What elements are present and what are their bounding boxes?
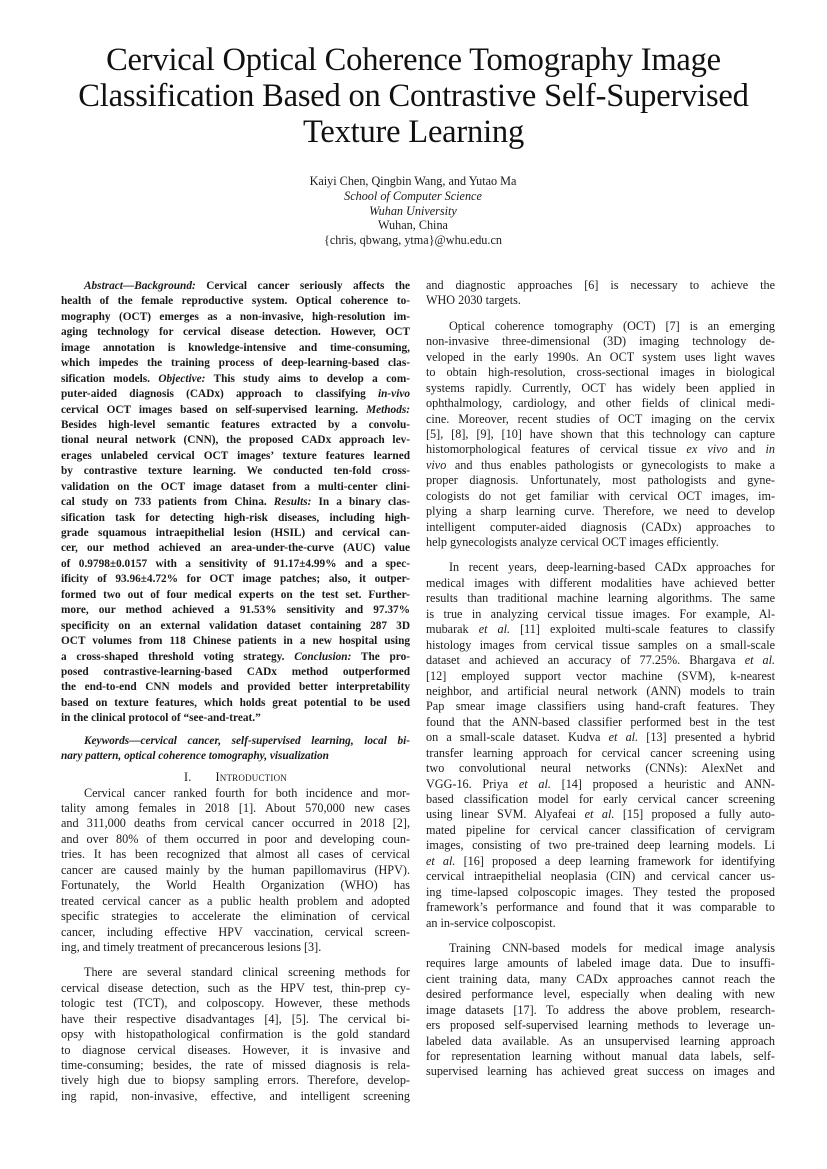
text-line: tively high due to biopsy sampling error… xyxy=(61,1073,410,1088)
abstract: Abstract—Background: Cervical cancer ser… xyxy=(61,279,410,727)
text-run: The pro- xyxy=(351,651,410,663)
text-run: cient training data, many CADx approache… xyxy=(426,972,775,986)
text-line: image datasets [17]. To address the abov… xyxy=(426,1003,775,1018)
text-line: erages unlabeled cervical OCT images’ te… xyxy=(61,449,410,464)
text-run: of 0.9798±0.0157 with a sensitivity of 9… xyxy=(61,558,410,570)
text-line: histomorphological features of cervical … xyxy=(426,442,775,457)
text-line: labeled data available. As an unsupervis… xyxy=(426,1034,775,1049)
text-line: for representation learning without manu… xyxy=(426,1049,775,1064)
text-run: erages unlabeled cervical OCT images’ te… xyxy=(61,450,410,462)
paragraph: In recent years, deep-learning-based CAD… xyxy=(426,560,775,931)
text-line: using linear SVM. Alyafeai et al. [15] p… xyxy=(426,807,775,822)
text-run: image datasets [17]. To address the abov… xyxy=(426,1003,775,1017)
text-line: in the clinical protocol of “see-and-tre… xyxy=(61,711,410,726)
text-line: mated pipeline for cervical cancer class… xyxy=(426,823,775,838)
text-line: help gynecologists analyze cervical OCT … xyxy=(426,535,775,550)
text-line: cancer are caused mainly by the human pa… xyxy=(61,863,410,878)
text-run: puter-aided diagnosis (CADx) approach to… xyxy=(61,388,378,400)
italic-run: et al. xyxy=(426,854,455,868)
text-line: cologists do not get familiar with cervi… xyxy=(426,489,775,504)
text-run: and xyxy=(728,442,766,456)
text-line: image annotation is knowledge-intensive … xyxy=(61,341,410,356)
text-line: sification models. Objective: This study… xyxy=(61,372,410,387)
text-run: [11] exploited multi-scale features to c… xyxy=(510,622,775,636)
text-line: validation on the OCT image dataset from… xyxy=(61,480,410,495)
text-run: is true in analyzing cervical tissue ima… xyxy=(426,607,775,621)
text-run: formed two out of four medical experts o… xyxy=(61,589,410,601)
text-line: two convolutional neural networks (CNNs)… xyxy=(426,761,775,776)
title-line: Classification Based on Contrastive Self… xyxy=(40,78,787,114)
text-run: cer, our method achieved an area-under-t… xyxy=(61,542,410,554)
location: Wuhan, China xyxy=(213,218,613,233)
text-run: proper diagnosis. Unfortunately, most pa… xyxy=(426,473,775,487)
text-line: cal study on 733 patients from China. Re… xyxy=(61,495,410,510)
text-line: non-invasive three-dimensional (3D) imag… xyxy=(426,334,775,349)
text-line: ing, and timely treatment of precancerou… xyxy=(61,940,410,955)
text-line: more, our method achieved a 91.53% sensi… xyxy=(61,603,410,618)
text-line: formed two out of four medical experts o… xyxy=(61,588,410,603)
text-run: mated pipeline for cervical cancer class… xyxy=(426,823,775,837)
text-line: framework’s performance and found that i… xyxy=(426,900,775,915)
text-run: Cervical cancer seriously affects the xyxy=(196,280,410,292)
text-run: [5], [8], [9], [10] have shown that this… xyxy=(426,427,775,441)
text-line: cient training data, many CADx approache… xyxy=(426,972,775,987)
text-line: intelligent computer-aided diagnosis (CA… xyxy=(426,520,775,535)
text-run: the end-to-end CNN models and provided b… xyxy=(61,681,410,693)
text-line: by contrastive texture learning. We cond… xyxy=(61,464,410,479)
text-line: systems rapidly. Currently, OCT has wide… xyxy=(426,381,775,396)
text-line: histology images from cervical tissue sa… xyxy=(426,638,775,653)
text-run: [12] employed support vector machine (SV… xyxy=(426,669,775,683)
text-run: sification models. xyxy=(61,373,158,385)
text-run: cal study on 733 patients from China. xyxy=(61,496,274,508)
text-run: specificity on an external validation da… xyxy=(61,620,410,632)
paragraph: Cervical cancer ranked fourth for both i… xyxy=(61,786,410,956)
text-line: VGG-16. Priya et al. [14] proposed a heu… xyxy=(426,777,775,792)
text-run: a cross-shaped threshold voting strategy… xyxy=(61,651,294,663)
text-run: by contrastive texture learning. We cond… xyxy=(61,465,410,477)
paragraph: Training CNN-based models for medical im… xyxy=(426,941,775,1080)
keywords-line: Keywords—cervical cancer, self-supervise… xyxy=(61,734,410,749)
text-line: is true in analyzing cervical tissue ima… xyxy=(426,607,775,622)
text-run: to obtain high-resolution, cross-section… xyxy=(426,365,775,379)
section-number: I. xyxy=(184,770,192,784)
text-line: Besides high-level semantic features ext… xyxy=(61,418,410,433)
text-run: health of the female reproductive system… xyxy=(61,295,410,307)
text-run: cologists do not get familiar with cervi… xyxy=(426,489,775,503)
italic-run: Objective: xyxy=(158,373,205,385)
text-line: Optical coherence tomography (OCT) [7] i… xyxy=(426,319,775,334)
text-run: and diagnostic approaches [6] is necessa… xyxy=(426,278,775,292)
paragraph: Optical coherence tomography (OCT) [7] i… xyxy=(426,319,775,551)
text-run: [14] proposed a heuristic and ANN- xyxy=(551,777,775,791)
text-run: mubarak xyxy=(426,622,479,636)
text-run: more, our method achieved a 91.53% sensi… xyxy=(61,604,410,616)
text-line: neighbor, and artificial neural network … xyxy=(426,684,775,699)
text-run: based classification model for early cer… xyxy=(426,792,775,806)
text-line: supervised learning has achieved great s… xyxy=(426,1064,775,1079)
keywords-line: nary pattern, optical coherence tomograp… xyxy=(61,749,410,764)
keywords: Keywords—cervical cancer, self-supervise… xyxy=(61,734,410,765)
text-line: opsy with histopathological confirmation… xyxy=(61,1027,410,1042)
text-run: Optical coherence tomography (OCT) [7] i… xyxy=(449,319,775,333)
text-run: Training CNN-based models for medical im… xyxy=(449,941,775,955)
text-run: histomorphological features of cervical … xyxy=(426,442,686,456)
text-run: non-invasive three-dimensional (3D) imag… xyxy=(426,334,775,348)
emails: {chris, qbwang, ytma}@whu.edu.cn xyxy=(213,233,613,248)
text-line: specific strategies to accelerate the el… xyxy=(61,909,410,924)
text-line: mography (OCT) emerges as a non-invasive… xyxy=(61,310,410,325)
text-line: a cross-shaped threshold voting strategy… xyxy=(61,650,410,665)
text-line: [5], [8], [9], [10] have shown that this… xyxy=(426,427,775,442)
text-line: cervical disease detection, such as the … xyxy=(61,981,410,996)
text-line: the end-to-end CNN models and provided b… xyxy=(61,680,410,695)
text-line: et al. [16] proposed a deep learning fra… xyxy=(426,854,775,869)
text-run: intelligent computer-aided diagnosis (CA… xyxy=(426,520,775,534)
italic-run: Methods: xyxy=(366,404,410,416)
text-run: dataset and achieved an accuracy of 77.2… xyxy=(426,653,745,667)
text-line: based classification model for early cer… xyxy=(426,792,775,807)
text-line: puter-aided diagnosis (CADx) approach to… xyxy=(61,387,410,402)
italic-run: et al. xyxy=(745,653,775,667)
text-run: tional neural network (CNN), the propose… xyxy=(61,434,410,446)
text-run: images, consisting of two pre-trained de… xyxy=(426,838,775,852)
text-line: Abstract—Background: Cervical cancer ser… xyxy=(61,279,410,294)
text-run: on a small-scale dataset. Kudva xyxy=(426,730,609,744)
text-run: aging technology for cervical disease de… xyxy=(61,326,410,338)
text-line: to obtain high-resolution, cross-section… xyxy=(426,365,775,380)
text-run: results than traditional machine learnin… xyxy=(426,591,775,605)
text-run: Besides high-level semantic features ext… xyxy=(61,419,410,431)
author-names: Kaiyi Chen, Qingbin Wang, and Yutao Ma xyxy=(213,174,613,189)
text-line: time-consuming; besides, the rate of mis… xyxy=(61,1058,410,1073)
text-line: posed contrastive-learning-based CADx me… xyxy=(61,665,410,680)
text-line: which impedes the training process of de… xyxy=(61,356,410,371)
text-line: and 311,000 deaths from cervical cancer … xyxy=(61,816,410,831)
text-run: WHO 2030 targets. xyxy=(426,293,521,307)
text-line: images, consisting of two pre-trained de… xyxy=(426,838,775,853)
text-line: mubarak et al. [11] exploited multi-scal… xyxy=(426,622,775,637)
text-line: ing time-lapsed colposcopic images. They… xyxy=(426,885,775,900)
text-line: sification task for detecting high-risk … xyxy=(61,511,410,526)
italic-run: et al. xyxy=(585,807,615,821)
text-run: systems rapidly. Currently, OCT has wide… xyxy=(426,381,775,395)
text-run: mography (OCT) emerges as a non-invasive… xyxy=(61,311,410,323)
text-run: cine. Moreover, recent studies of OCT im… xyxy=(426,412,775,426)
text-run: image annotation is knowledge-intensive … xyxy=(61,342,410,354)
text-line: OCT volumes from 118 Chinese patients in… xyxy=(61,634,410,649)
text-run: desired performance level, especially wh… xyxy=(426,987,775,1001)
text-line: vivo and thus enables pathologists or gy… xyxy=(426,458,775,473)
text-run: In recent years, deep-learning-based CAD… xyxy=(449,560,775,574)
text-run: OCT volumes from 118 Chinese patients in… xyxy=(61,635,410,647)
text-run: transfer learning approach for cervical … xyxy=(426,746,775,760)
text-line: to diagnose cervical diseases. However, … xyxy=(61,1043,410,1058)
italic-run: Results: xyxy=(274,496,312,508)
italic-run: et al. xyxy=(609,730,639,744)
text-line: aging technology for cervical disease de… xyxy=(61,325,410,340)
text-run: validation on the OCT image dataset from… xyxy=(61,481,410,493)
text-run: which impedes the training process of de… xyxy=(61,357,410,369)
title-line: Texture Learning xyxy=(40,114,787,150)
text-line: tries. It has been recognized that almos… xyxy=(61,847,410,862)
italic-run: in-vivo xyxy=(378,388,410,400)
text-run: [13] presented a hybrid xyxy=(638,730,775,744)
text-line: ers proposed self-supervised learning me… xyxy=(426,1018,775,1033)
text-line: transfer learning approach for cervical … xyxy=(426,746,775,761)
text-run: medical images with different modalities… xyxy=(426,576,775,590)
text-run: labeled data available. As an unsupervis… xyxy=(426,1034,775,1048)
text-line: and over 80% of them occurred in poor an… xyxy=(61,832,410,847)
text-line: Pap smear image classifiers using hand-c… xyxy=(426,699,775,714)
paper-title: Cervical Optical Coherence Tomography Im… xyxy=(40,42,787,150)
right-column: and diagnostic approaches [6] is necessa… xyxy=(426,278,775,1080)
text-line: grade squamous intraepithelial lesion (H… xyxy=(61,526,410,541)
text-line: cine. Moreover, recent studies of OCT im… xyxy=(426,412,775,427)
text-run: two convolutional neural networks (CNNs)… xyxy=(426,761,775,775)
text-line: and diagnostic approaches [6] is necessa… xyxy=(426,278,775,293)
text-line: found that the ANN-based classifier perf… xyxy=(426,715,775,730)
text-run: based on texture features, which holds g… xyxy=(61,697,410,709)
section-title: Introduction xyxy=(216,770,287,784)
title-line: Cervical Optical Coherence Tomography Im… xyxy=(40,42,787,78)
text-line: desired performance level, especially wh… xyxy=(426,987,775,1002)
paragraph: There are several standard clinical scre… xyxy=(61,965,410,1104)
text-run: cervical OCT images based on self-superv… xyxy=(61,404,366,416)
department: School of Computer Science xyxy=(213,189,613,204)
text-run: VGG-16. Priya xyxy=(426,777,519,791)
text-run: [15] proposed a fully auto- xyxy=(614,807,775,821)
italic-run: vivo xyxy=(426,458,446,472)
text-line: proper diagnosis. Unfortunately, most pa… xyxy=(426,473,775,488)
text-run: posed contrastive-learning-based CADx me… xyxy=(61,666,410,678)
text-line: cer, our method achieved an area-under-t… xyxy=(61,541,410,556)
text-run: supervised learning has achieved great s… xyxy=(426,1064,775,1078)
text-line: ing rapid, non-invasive, effective, and … xyxy=(61,1089,410,1104)
text-line: WHO 2030 targets. xyxy=(426,293,775,308)
text-line: plying a sharp learning curve. Therefore… xyxy=(426,504,775,519)
text-line: health of the female reproductive system… xyxy=(61,294,410,309)
italic-run: et al. xyxy=(519,777,551,791)
text-line: on a small-scale dataset. Kudva et al. [… xyxy=(426,730,775,745)
text-run: framework’s performance and found that i… xyxy=(426,900,775,914)
text-run: requires large amounts of labeled image … xyxy=(426,956,775,970)
text-run: for representation learning without manu… xyxy=(426,1049,775,1063)
text-line: results than traditional machine learnin… xyxy=(426,591,775,606)
text-line: Training CNN-based models for medical im… xyxy=(426,941,775,956)
italic-run: Conclusion: xyxy=(294,651,351,663)
text-line: cervical intraepithelial neoplasia (CIN)… xyxy=(426,869,775,884)
text-run: neighbor, and artificial neural network … xyxy=(426,684,775,698)
italic-run: et al. xyxy=(479,622,510,636)
text-line: ificity of 93.96±4.72% for OCT image pat… xyxy=(61,572,410,587)
intro-text-right: and diagnostic approaches [6] is necessa… xyxy=(426,278,775,1080)
text-run: an in-service colposcopist. xyxy=(426,916,556,930)
text-run: grade squamous intraepithelial lesion (H… xyxy=(61,527,410,539)
paragraph: and diagnostic approaches [6] is necessa… xyxy=(426,278,775,309)
text-run: in the clinical protocol of “see-and-tre… xyxy=(61,712,261,724)
text-line: based on texture features, which holds g… xyxy=(61,696,410,711)
text-line: requires large amounts of labeled image … xyxy=(426,956,775,971)
text-line: Fortunately, the World Health Organizati… xyxy=(61,878,410,893)
left-column: Abstract—Background: Cervical cancer ser… xyxy=(61,279,410,1104)
italic-run: ex vivo xyxy=(686,442,727,456)
text-line: cancer, including effective HPV vaccinat… xyxy=(61,925,410,940)
text-line: tologic test (TCT), and colposcopy. Howe… xyxy=(61,996,410,1011)
text-run: sification task for detecting high-risk … xyxy=(61,512,410,524)
text-line: specificity on an external validation da… xyxy=(61,619,410,634)
text-line: tality among females in 2018 [1]. About … xyxy=(61,801,410,816)
text-run: ing time-lapsed colposcopic images. They… xyxy=(426,885,775,899)
italic-run: in xyxy=(766,442,775,456)
text-run: ificity of 93.96±4.72% for OCT image pat… xyxy=(61,573,410,585)
text-run: This study aims to develop a com- xyxy=(205,373,410,385)
text-line: There are several standard clinical scre… xyxy=(61,965,410,980)
text-line: medical images with different modalities… xyxy=(426,576,775,591)
text-line: have their respective disadvantages [4],… xyxy=(61,1012,410,1027)
text-line: of 0.9798±0.0157 with a sensitivity of 9… xyxy=(61,557,410,572)
italic-run: Abstract—Background: xyxy=(84,280,196,292)
text-run: help gynecologists analyze cervical OCT … xyxy=(426,535,719,549)
text-run: cervical intraepithelial neoplasia (CIN)… xyxy=(426,869,775,883)
text-line: Cervical cancer ranked fourth for both i… xyxy=(61,786,410,801)
text-run: plying a sharp learning curve. Therefore… xyxy=(426,504,775,518)
text-run: and thus enables pathologists or gynecol… xyxy=(446,458,775,472)
text-line: treated cervical cancer as a public heal… xyxy=(61,894,410,909)
text-run: histology images from cervical tissue sa… xyxy=(426,638,775,652)
text-run: ophthalmology, cardiology, and other fie… xyxy=(426,396,775,410)
text-line: In recent years, deep-learning-based CAD… xyxy=(426,560,775,575)
section-heading: I.Introduction xyxy=(61,769,410,786)
text-run: found that the ANN-based classifier perf… xyxy=(426,715,775,729)
text-run: Pap smear image classifiers using hand-c… xyxy=(426,699,775,713)
university: Wuhan University xyxy=(213,204,613,219)
text-run: ers proposed self-supervised learning me… xyxy=(426,1018,775,1032)
text-line: cervical OCT images based on self-superv… xyxy=(61,403,410,418)
text-run: In a binary clas- xyxy=(311,496,410,508)
text-run: using linear SVM. Alyafeai xyxy=(426,807,585,821)
author-block: Kaiyi Chen, Qingbin Wang, and Yutao Ma S… xyxy=(213,174,613,248)
text-line: veloped in the early 1990s. An OCT syste… xyxy=(426,350,775,365)
text-line: dataset and achieved an accuracy of 77.2… xyxy=(426,653,775,668)
text-run: [16] proposed a deep learning framework … xyxy=(455,854,775,868)
text-run: veloped in the early 1990s. An OCT syste… xyxy=(426,350,775,364)
text-line: an in-service colposcopist. xyxy=(426,916,775,931)
text-line: [12] employed support vector machine (SV… xyxy=(426,669,775,684)
intro-text-left: Cervical cancer ranked fourth for both i… xyxy=(61,786,410,1105)
text-line: tional neural network (CNN), the propose… xyxy=(61,433,410,448)
text-line: ophthalmology, cardiology, and other fie… xyxy=(426,396,775,411)
